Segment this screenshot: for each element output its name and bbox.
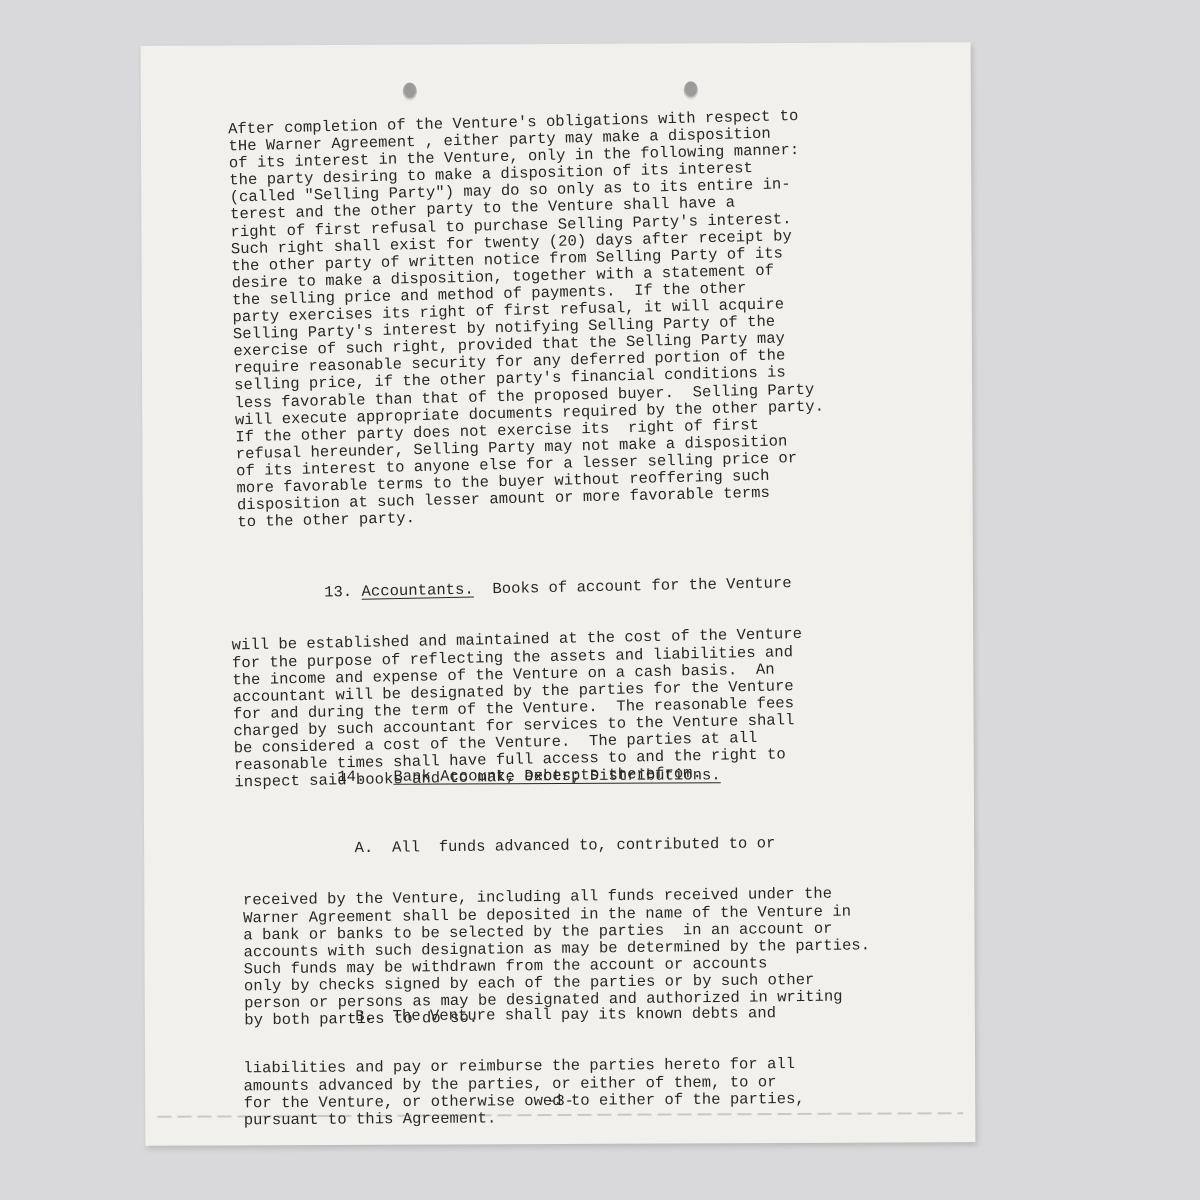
page-number: -3-	[145, 1091, 975, 1112]
section-13-heading: Accountants.	[361, 581, 474, 601]
section-14b-debts: B. The Venture shall pay its known debts…	[243, 971, 806, 1163]
paragraph-right-of-first-refusal: After completion of the Venture's obliga…	[228, 108, 827, 532]
subsection-a-first-line: All funds advanced to, contributed to or	[373, 835, 775, 858]
binder-hole	[684, 81, 698, 99]
subsection-b-first-line: The Venture shall pay its known debts an…	[374, 1004, 776, 1025]
section-13-number: 13.	[324, 583, 352, 602]
binder-hole	[403, 83, 417, 101]
section-14-number: 14.	[337, 768, 365, 786]
section-13-first-line: Books of account for the Venture	[474, 574, 792, 598]
document-page: After completion of the Venture's obliga…	[141, 42, 976, 1146]
subsection-b-label: B.	[355, 1008, 374, 1026]
section-14-heading: Bank Account; Debts; Distributions.	[393, 766, 720, 785]
section-14-heading-line: 14. Bank Account; Debts; Distributions.	[244, 767, 721, 786]
subsection-a-label: A.	[355, 839, 374, 857]
